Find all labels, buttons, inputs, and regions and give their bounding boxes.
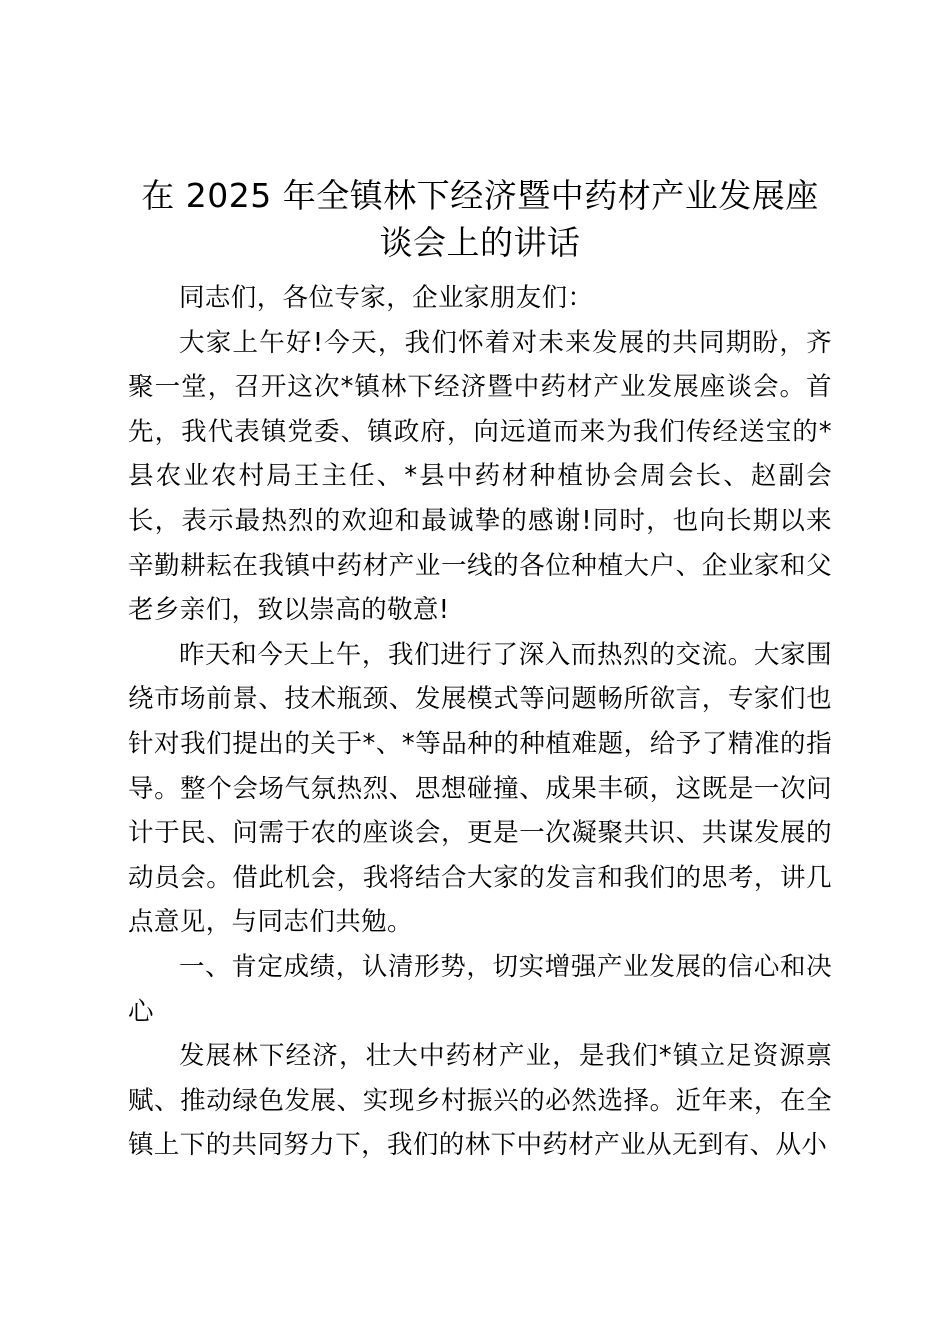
salutation-paragraph: 同志们，各位专家，企业家朋友们： [128,276,832,321]
document-body: 同志们，各位专家，企业家朋友们： 大家上午好!今天，我们怀着对未来发展的共同期盼… [128,276,832,1168]
discussion-summary-paragraph: 昨天和今天上午，我们进行了深入而热烈的交流。大家围绕市场前景、技术瓶颈、发展模式… [128,633,832,945]
section-heading-1: 一、肯定成绩，认清形势，切实增强产业发展的信心和决心 [128,945,832,1034]
document-page: 在 2025 年全镇林下经济暨中药材产业发展座 谈会上的讲话 同志们，各位专家，… [0,0,950,1344]
document-title: 在 2025 年全镇林下经济暨中药材产业发展座 谈会上的讲话 [128,172,832,266]
title-line-2: 谈会上的讲话 [128,219,832,266]
section-1-paragraph: 发展林下经济，壮大中药材产业，是我们*镇立足资源禀赋、推动绿色发展、实现乡村振兴… [128,1034,832,1168]
opening-paragraph: 大家上午好!今天，我们怀着对未来发展的共同期盼，齐聚一堂，召开这次*镇林下经济暨… [128,321,832,633]
title-line-1: 在 2025 年全镇林下经济暨中药材产业发展座 [128,172,832,219]
